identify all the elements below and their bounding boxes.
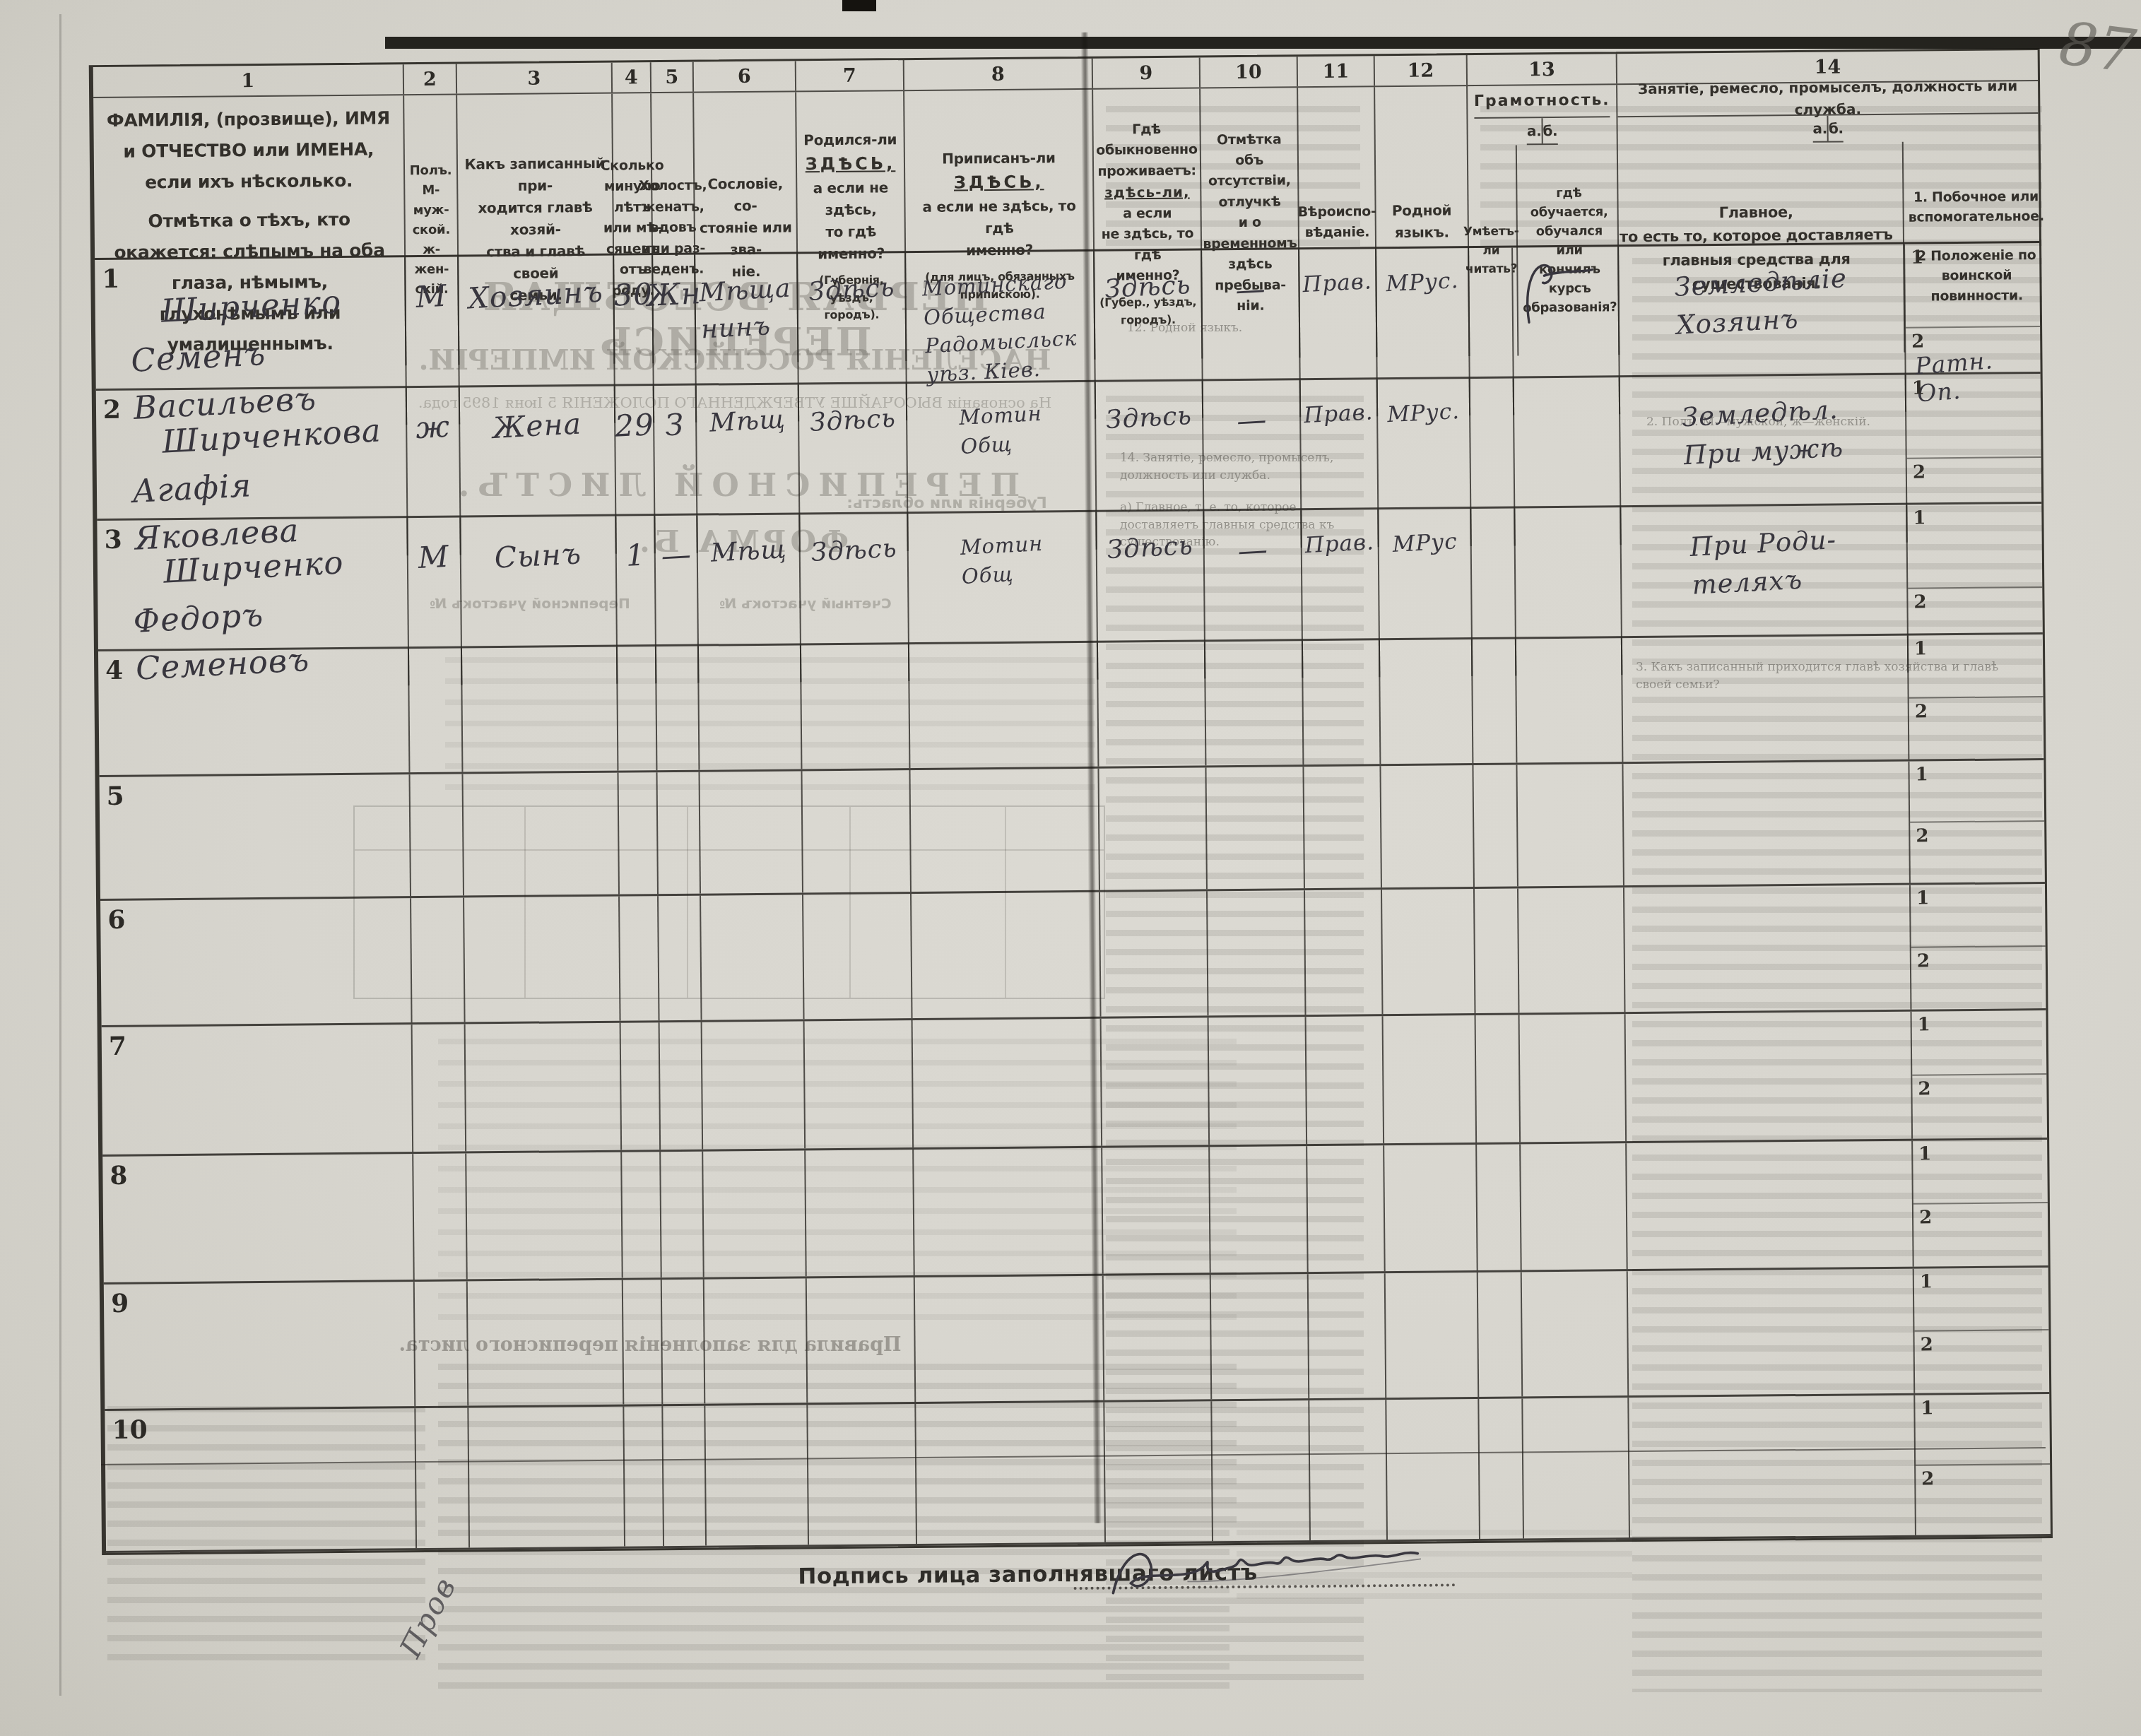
occupation-subcell: 2 — [1910, 820, 2045, 883]
scan-fold-shadow — [385, 37, 2141, 49]
cell-relation — [464, 773, 620, 896]
cell-occupation-side: 12 — [1911, 884, 2046, 1010]
cell-birthplace — [807, 1277, 916, 1403]
col-number: 7 — [796, 60, 904, 90]
occupation-subcells: 12 — [1909, 634, 2044, 760]
cell-registration — [909, 643, 1099, 768]
cell-marital — [662, 1280, 706, 1405]
handwriting-value: Жена — [492, 403, 583, 449]
subcell-number: 2 — [1921, 1468, 1934, 1489]
subcell-number: 1 — [1918, 1143, 1931, 1164]
col-number: 5 — [651, 62, 694, 93]
cell-occupation-side: 12 — [1909, 760, 2044, 883]
cell-birthplace — [808, 1404, 917, 1545]
cell-marital — [656, 646, 700, 771]
cell-literacy-school — [1520, 1014, 1627, 1142]
cell-occupation-side: 12 — [1915, 1394, 2051, 1535]
handwriting-value: Здѣсь — [808, 270, 895, 311]
cell-relation — [466, 1023, 623, 1152]
cell-religion — [1304, 766, 1381, 888]
handwriting-occupation: Земледѣліе Хозяинъ — [1673, 259, 1850, 344]
cell-estate — [702, 1021, 806, 1149]
col-number: 13 — [1468, 54, 1617, 85]
table-row: 2Ширченкова Агафія ЯковлеважЖена29ЗМѣщЗд… — [96, 374, 2042, 521]
table-row: 412 — [98, 634, 2043, 777]
handwriting-value: Мотин Общ — [960, 529, 1046, 591]
cell-marital — [663, 1406, 707, 1547]
col-number: 8 — [904, 59, 1093, 90]
subcell-number: 1 — [1916, 887, 1929, 909]
cell-sex — [411, 898, 466, 1023]
cell-residence — [1099, 767, 1207, 890]
cell-language — [1384, 1145, 1478, 1271]
cell-registration — [913, 1019, 1103, 1147]
cell-residence — [1100, 891, 1209, 1016]
cell-name: 6 — [100, 898, 413, 1025]
cell-marital — [660, 1022, 704, 1150]
subcell-number: 2 — [1921, 1334, 1933, 1355]
cell-religion — [1309, 1400, 1388, 1540]
subcell-number: 2 — [1918, 1078, 1930, 1099]
handwriting-value: Мотинскаго Общества Радомысльск уѣз. Кіе… — [921, 266, 1080, 389]
cell-religion — [1307, 1016, 1385, 1144]
subcell-number: 1 — [1914, 638, 1927, 659]
cell-relation — [462, 647, 619, 772]
table-row: 512 — [100, 760, 2045, 901]
cell-age — [619, 772, 659, 894]
cell-sex — [415, 1408, 470, 1549]
cell-estate — [699, 645, 803, 769]
cell-absence — [1209, 1017, 1308, 1145]
cell-literacy-read — [1476, 1015, 1521, 1143]
census-table: 1 2 3 4 5 6 7 8 9 10 11 12 13 14 ФАМИЛІЯ… — [89, 48, 2053, 1555]
cell-residence — [1098, 642, 1207, 766]
cell-birthplace — [803, 894, 913, 1019]
handwriting-value: Здѣсь — [810, 531, 897, 572]
cell-age — [620, 896, 660, 1020]
occupation-subcells: 12 — [1912, 1010, 2048, 1139]
col-number: 3 — [457, 63, 613, 94]
cell-marital — [657, 772, 700, 894]
occupation-subcell: 1 — [1909, 634, 2043, 697]
cell-residence — [1104, 1275, 1213, 1400]
occupation-subcell: 2 — [1911, 945, 2046, 1010]
cell-age — [621, 1022, 661, 1150]
cell-language — [1381, 765, 1474, 887]
cell-name: 9 — [104, 1282, 416, 1409]
cell-residence — [1104, 1401, 1213, 1542]
cell-age — [624, 1406, 664, 1546]
table-row: 3Ширченко Федоръ СеменовъМСынъ1—МѣщЗдѣсь… — [97, 504, 2043, 651]
cell-literacy-read — [1479, 1398, 1524, 1539]
handwriting-occupation: При Роди- теляхъ — [1689, 521, 1839, 604]
occupation-subcell: 1 — [1912, 1010, 2047, 1075]
handwriting-value: М — [415, 275, 449, 319]
cell-language — [1384, 1015, 1478, 1143]
handwriting-value: — — [1237, 529, 1269, 573]
handwriting-value: Здѣсь — [1105, 398, 1193, 439]
cell-literacy-read — [1478, 1272, 1523, 1397]
cell-absence — [1210, 1146, 1309, 1273]
handwriting-value: Мѣща нинъ — [699, 271, 794, 349]
pencil-page-number: 87 — [2056, 8, 2139, 86]
subcell-number: 2 — [1919, 1207, 1932, 1228]
cell-literacy-school — [1523, 1398, 1630, 1538]
cell-relation — [468, 1280, 625, 1406]
handwriting-value: 29 — [613, 403, 655, 449]
cell-residence — [1102, 1017, 1210, 1145]
census-sheet-scan: ПЕРВАЯ ВСЕОБЩАЯ ПЕРЕПИСЬ НАСЕЛЕНІЯ РОССІ… — [0, 0, 2141, 1736]
occupation-subcell: 2 — [1916, 1463, 2051, 1535]
cell-language — [1386, 1273, 1480, 1398]
cell-marital — [661, 1152, 704, 1278]
cell-marital — [659, 896, 702, 1021]
cell-occupation-side: 12 — [1914, 1268, 2050, 1393]
occupation-subcell: 2 — [1909, 696, 2044, 760]
occupation-subcells: 12 — [1911, 884, 2046, 1010]
cell-relation — [464, 897, 621, 1022]
handwriting-value: МРус. — [1385, 265, 1459, 300]
cell-literacy-read — [1473, 765, 1518, 887]
cell-absence — [1208, 890, 1307, 1015]
col-number: 9 — [1093, 57, 1201, 88]
pencil-check-note: Пров — [393, 1571, 463, 1663]
occupation-subcell: 1 — [1905, 243, 2040, 327]
cell-religion — [1305, 890, 1384, 1015]
cell-literacy-school — [1518, 887, 1626, 1012]
handwriting-value: Прав. — [1302, 266, 1373, 301]
cell-residence — [1102, 1147, 1211, 1273]
cell-literacy-read — [1473, 639, 1518, 764]
handwriting-occupation: Земледѣл. При мужѣ — [1681, 391, 1845, 475]
handwriting-value: Мотин Общ — [958, 399, 1044, 461]
cell-registration — [910, 769, 1099, 892]
cell-literacy-school — [1516, 638, 1624, 762]
handwriting-value: Здѣсь — [1107, 528, 1194, 569]
row-number: 6 — [107, 905, 125, 935]
handwriting-value: МРус. — [1386, 396, 1461, 431]
occupation-subcell: 1 — [1913, 1140, 2048, 1203]
occupation-subcell: 1 — [1915, 1394, 2050, 1465]
subcell-number: 2 — [1913, 462, 1925, 483]
occupation-subcell: 2 — [1912, 1073, 2047, 1139]
row-number: 9 — [111, 1289, 129, 1318]
handwriting-value: М — [418, 536, 451, 580]
subcell-number: 1 — [1920, 1271, 1933, 1292]
cell-age — [623, 1280, 663, 1404]
handwriting-value: МРус — [1391, 526, 1458, 561]
handwriting-value: Прав. — [1304, 526, 1375, 562]
handwriting-value: Мѣщ — [709, 401, 786, 442]
cell-occupation-main — [1627, 1141, 1914, 1270]
cell-birthplace — [802, 770, 911, 892]
cell-occupation-main — [1624, 885, 1912, 1012]
handwriting-value: Сынъ — [494, 533, 583, 579]
handwriting-value: З — [664, 403, 685, 447]
cell-religion — [1309, 1273, 1387, 1398]
cell-name: 10 — [105, 1408, 417, 1551]
handwriting-value: — — [660, 533, 692, 578]
cell-occupation-main — [1628, 1269, 1916, 1396]
subcell-number: 1 — [1915, 764, 1928, 785]
cell-name: 5 — [100, 774, 411, 899]
handwriting-value: Жн — [646, 272, 702, 318]
cell-age — [618, 646, 658, 770]
occupation-subcell: 2 — [1913, 1202, 2048, 1267]
cell-age — [622, 1152, 662, 1277]
cell-occupation-side: 12 — [1909, 634, 2044, 760]
cell-literacy-school — [1521, 1143, 1628, 1270]
cell-name: 7 — [102, 1025, 414, 1155]
cell-absence — [1212, 1400, 1311, 1541]
table-row: 812 — [102, 1140, 2048, 1285]
cell-sex — [415, 1282, 469, 1407]
table-row: 712 — [102, 1010, 2047, 1157]
cell-occupation-main — [1626, 1012, 1913, 1142]
cell-estate — [703, 1150, 807, 1277]
handwriting-value: — — [1234, 268, 1267, 312]
handwriting-value: — — [1235, 398, 1268, 443]
subcell-number: 2 — [1917, 950, 1930, 972]
row-number: 10 — [112, 1415, 147, 1444]
cell-absence — [1211, 1274, 1310, 1399]
occupation-subcells: 12 — [1913, 1140, 2048, 1267]
sheet-content: 1 2 3 4 5 6 7 8 9 10 11 12 13 14 ФАМИЛІЯ… — [0, 0, 2141, 1736]
cell-sex — [411, 774, 464, 897]
col-number: 2 — [404, 64, 457, 95]
cell-name: 4 — [98, 649, 411, 775]
subcell-number: 1 — [1921, 1398, 1933, 1419]
handwriting-value: Прав. — [1303, 396, 1374, 432]
cell-occupation-main — [1623, 762, 1910, 886]
table-body: 1Ширченко Семенъ ВасильевъМХозяинъ30ЖнМѣ… — [95, 243, 2051, 1553]
row-number: 7 — [109, 1032, 126, 1061]
cell-registration — [915, 1276, 1105, 1402]
subcell-number: 1 — [1913, 507, 1925, 529]
handwriting-value: ж — [415, 406, 452, 450]
col-number: 1 — [93, 64, 404, 97]
cell-literacy-read — [1475, 889, 1520, 1014]
paper-edge — [59, 14, 61, 1696]
cell-language — [1380, 639, 1474, 764]
cell-occupation-main — [1629, 1395, 1916, 1538]
cell-occupation-main — [1622, 636, 1910, 762]
cell-occupation-side: 12 — [1913, 1140, 2048, 1267]
occupation-subcell: 2 — [1914, 1329, 2049, 1393]
cell-absence — [1206, 767, 1304, 889]
occupation-subcells: 12 — [1909, 760, 2044, 883]
occupation-subcell: 1 — [1906, 374, 2041, 458]
subcell-number: 1 — [1911, 247, 1923, 268]
cell-name: 8 — [102, 1154, 415, 1282]
cell-birthplace — [801, 644, 911, 769]
occupation-subcell: 1 — [1909, 760, 2044, 822]
handwriting-value: Хозяинъ — [468, 271, 605, 320]
scan-edge-mark — [842, 0, 876, 11]
occupation-subcell: 1 — [1907, 504, 2042, 588]
occupation-subcell: 1 — [1911, 884, 2046, 947]
subcell-number: 2 — [1916, 825, 1928, 846]
cell-literacy-school — [1517, 764, 1624, 886]
row-number: 5 — [107, 781, 124, 811]
occupation-subcell: 1 — [1914, 1268, 2049, 1330]
cell-birthplace — [806, 1150, 915, 1276]
table-row: 912 — [104, 1268, 2049, 1411]
cell-relation — [468, 1407, 625, 1548]
cell-estate — [700, 771, 803, 893]
cell-literacy-read — [1477, 1145, 1522, 1271]
table-row: 612 — [100, 884, 2046, 1027]
subcell-number: 2 — [1911, 331, 1924, 353]
table-row: 1Ширченко Семенъ ВасильевъМХозяинъ30ЖнМѣ… — [95, 243, 2041, 391]
subcell-number: 2 — [1913, 592, 1926, 613]
col-number: 6 — [694, 61, 796, 91]
cell-religion — [1303, 640, 1381, 764]
cell-occupation-side: 12 — [1912, 1010, 2048, 1139]
handwriting-value: 1 — [625, 534, 647, 578]
cell-absence — [1205, 641, 1304, 765]
cell-estate — [704, 1278, 808, 1403]
cell-registration — [916, 1403, 1106, 1544]
col-number: 10 — [1201, 57, 1298, 87]
column-header-row: ФАМИЛІЯ, (прозвище), ИМЯ и ОТЧЕСТВО или … — [93, 81, 2039, 260]
cell-estate — [701, 894, 805, 1020]
col-number: 12 — [1375, 55, 1468, 85]
cell-registration — [914, 1148, 1104, 1275]
occupation-subcells: 12 — [1915, 1394, 2051, 1535]
row-number: 4 — [105, 656, 123, 685]
cell-sex — [413, 1154, 468, 1280]
cell-birthplace — [805, 1020, 914, 1148]
cell-estate — [705, 1405, 809, 1545]
handwriting-value: Мѣщ — [709, 531, 787, 572]
subcell-number: 2 — [1915, 701, 1928, 722]
handwriting-value: Здѣсь — [808, 401, 896, 442]
cell-sex — [409, 649, 464, 773]
col-number: 4 — [613, 62, 651, 92]
handwriting-flourish — [1516, 254, 1601, 346]
cell-language — [1382, 889, 1476, 1014]
col-number: 11 — [1298, 56, 1375, 86]
subcell-number: 1 — [1912, 377, 1925, 398]
handwriting-value: Здѣсь — [1104, 267, 1191, 308]
cell-sex — [413, 1025, 467, 1152]
cell-literacy-school — [1522, 1271, 1629, 1396]
table-row: 1012 — [105, 1394, 2051, 1553]
subcell-number: 1 — [1918, 1014, 1930, 1035]
cell-relation — [466, 1152, 623, 1280]
cell-religion — [1307, 1145, 1386, 1272]
occupation-subcells: 12 — [1914, 1268, 2050, 1393]
cell-registration — [912, 892, 1102, 1018]
row-number: 8 — [110, 1161, 127, 1191]
